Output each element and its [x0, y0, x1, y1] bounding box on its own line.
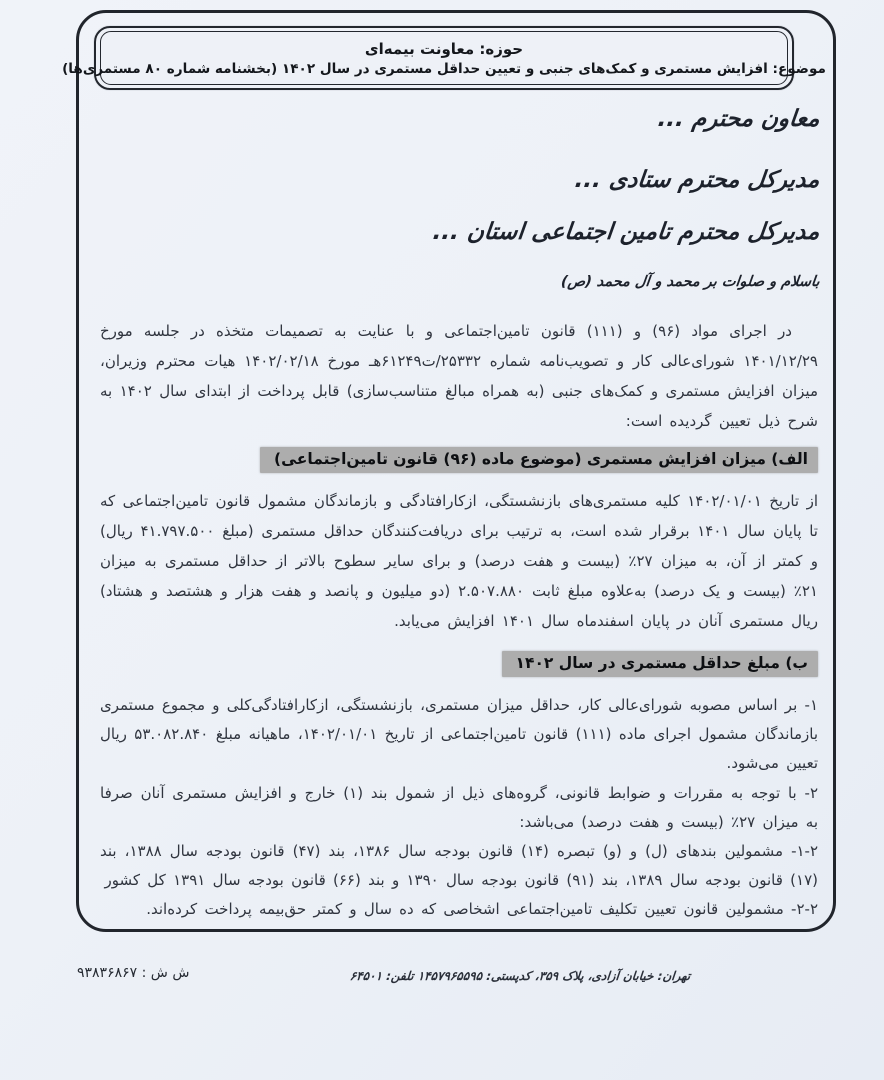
section-b-header: ب) مبلغ حداقل مستمری در سال ۱۴۰۲: [502, 651, 818, 677]
section-b-item-2-2: ۲-۲- مشمولین قانون تعیین تکلیف تامین‌اجت…: [100, 895, 818, 924]
scanned-circular-page: حوزه: معاونت بیمه‌ای موضوع: افزایش مستمر…: [0, 0, 884, 1080]
section-a-paragraph: از تاریخ ۱۴۰۲/۰۱/۰۱ کلیه مستمری‌های بازن…: [100, 486, 818, 636]
header-department-line: حوزه: معاونت بیمه‌ای: [365, 40, 523, 58]
section-b-item-2-1: ۱-۲- مشمولین بندهای (ل) و (و) تبصره (۱۴)…: [100, 837, 818, 895]
footer-reference: ش ش : ۹۳۸۳۶۸۶۷: [77, 965, 207, 981]
footer-reference-number: ۹۳۸۳۶۸۶۷: [77, 965, 137, 981]
section-a-header: الف) میزان افزایش مستمری (موضوع ماده (۹۶…: [260, 447, 818, 473]
header-subject-box-inner: حوزه: معاونت بیمه‌ای موضوع: افزایش مستمر…: [100, 31, 788, 85]
footer-address: تهران: خیابان آزادی، پلاک ۳۵۹، کدپستی: ۱…: [344, 969, 695, 983]
section-b-item-2: ۲- با توجه به مقررات و ضوابط قانونی، گرو…: [100, 779, 818, 837]
salutation-province-director: مدیرکل محترم تامین اجتماعی استان ...: [432, 219, 821, 245]
header-subject-box: حوزه: معاونت بیمه‌ای موضوع: افزایش مستمر…: [94, 26, 794, 90]
salutation-basmala: باسلام و صلوات بر محمد و آل محمد (ص): [561, 274, 821, 290]
footer-reference-label: ش ش :: [142, 965, 190, 981]
section-b-item-1: ۱- بر اساس مصوبه شورای‌عالی کار، حداقل م…: [100, 691, 818, 778]
salutation-deputy: معاون محترم ...: [657, 106, 821, 132]
salutation-hq-director: مدیرکل محترم ستادی ...: [574, 167, 821, 193]
header-subject-line: موضوع: افزایش مستمری و کمک‌های جنبی و تع…: [62, 61, 826, 77]
intro-paragraph: در اجرای مواد (۹۶) و (۱۱۱) قانون تامین‌ا…: [100, 316, 818, 436]
